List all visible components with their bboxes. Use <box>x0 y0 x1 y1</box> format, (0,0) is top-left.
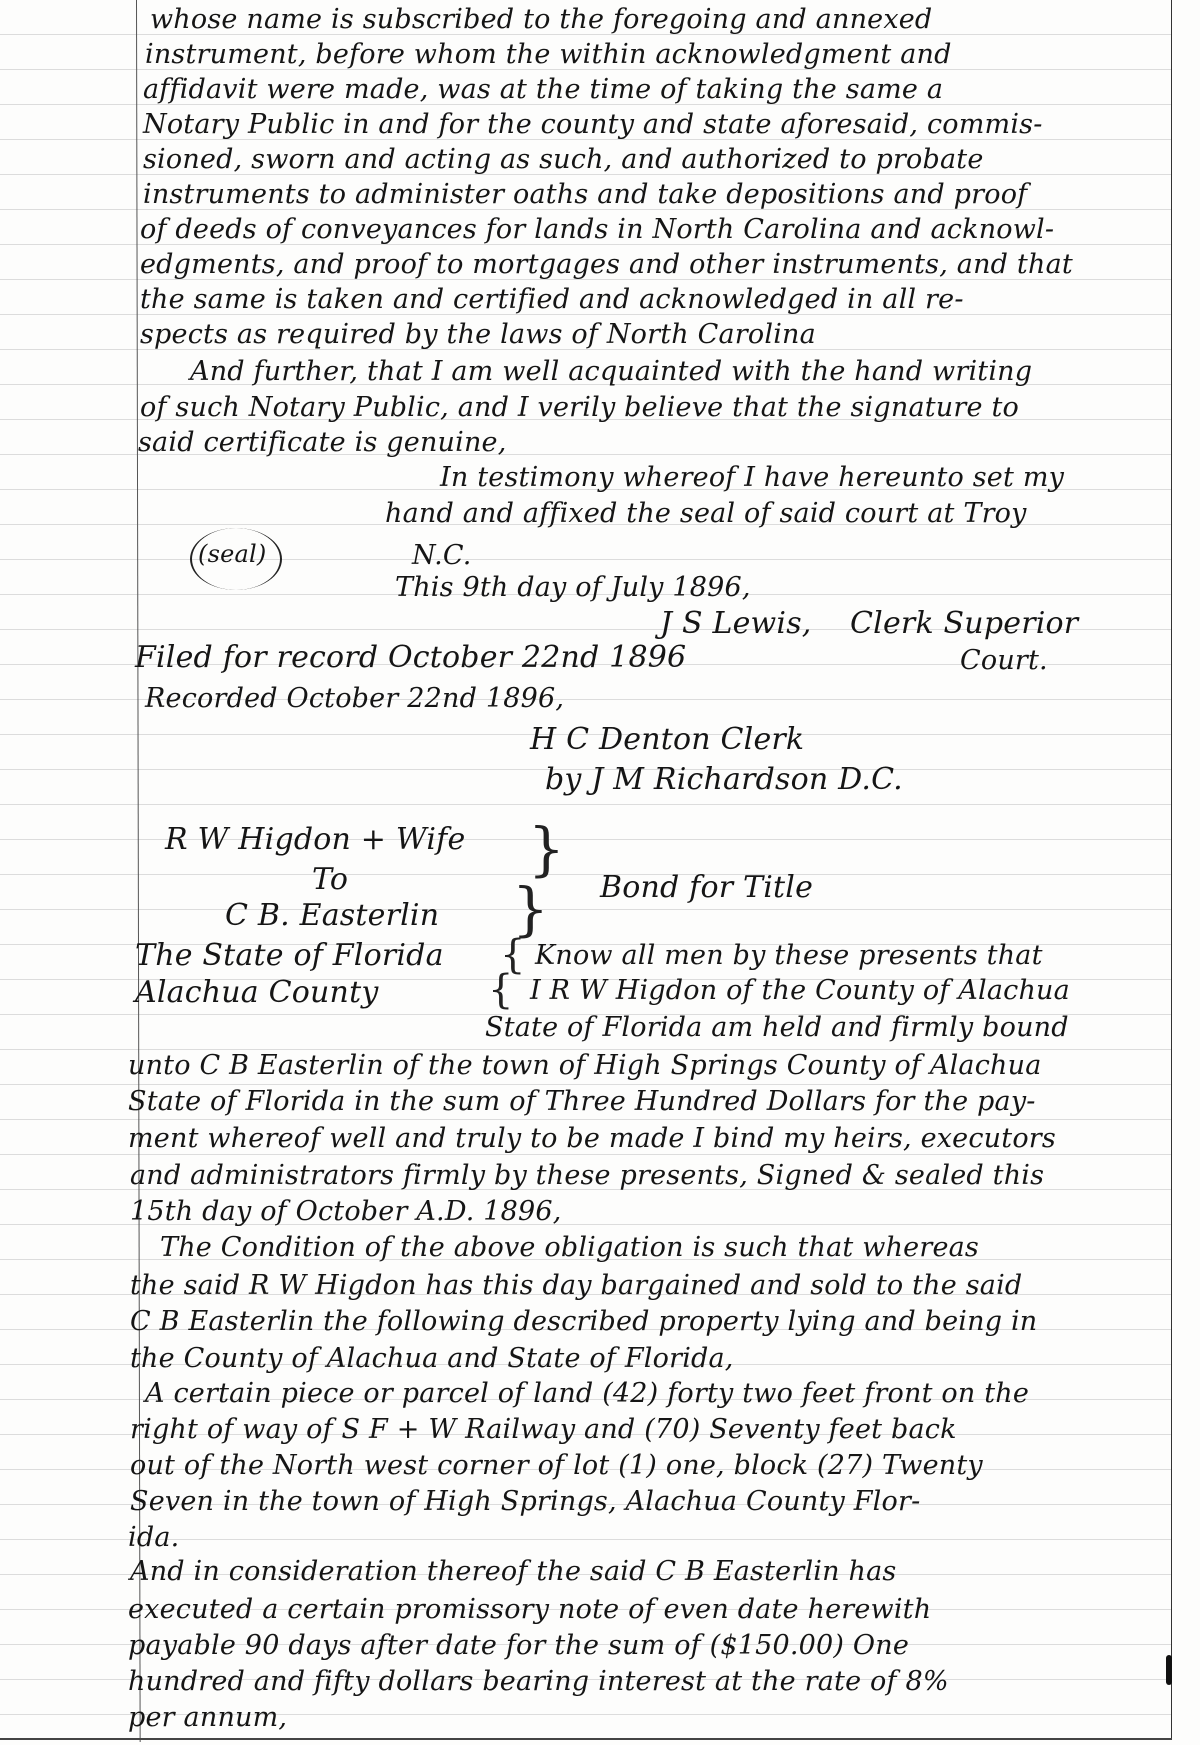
text-line: The Condition of the above obligation is… <box>160 1232 979 1263</box>
filed-for-record: Filed for record October 22nd 1896 <box>135 640 686 675</box>
clerk-name: H C Denton Clerk <box>530 722 804 757</box>
signature-name: J S Lewis, <box>660 606 812 641</box>
text-line: ment whereof well and truly to be made I… <box>128 1123 1056 1154</box>
text-line: payable 90 days after date for the sum o… <box>128 1630 909 1661</box>
text-line: And further, that I am well acquainted w… <box>190 356 1032 387</box>
brace: { <box>488 970 513 1010</box>
text-line: unto C B Easterlin of the town of High S… <box>128 1050 1042 1081</box>
text-line: N.C. <box>412 540 472 571</box>
text-line: the County of Alachua and State of Flori… <box>130 1343 734 1374</box>
signature-title-cont: Court. <box>960 645 1048 676</box>
document-page: whose name is subscribed to the foregoin… <box>0 0 1200 1745</box>
binding-mark <box>1166 1655 1172 1685</box>
text-line: per annum, <box>128 1702 287 1733</box>
text-line: instrument, before whom the within ackno… <box>145 39 952 70</box>
text-line: spects as required by the laws of North … <box>140 319 816 350</box>
text-line: Seven in the town of High Springs, Alach… <box>130 1486 920 1517</box>
text-line: ida. <box>128 1522 179 1553</box>
text-line: affidavit were made, was at the time of … <box>143 74 943 105</box>
brace: } <box>528 820 565 878</box>
recorded-date: Recorded October 22nd 1896, <box>145 683 564 714</box>
parties-to: To <box>312 862 348 897</box>
text-line: and administrators firmly by these prese… <box>130 1160 1044 1191</box>
text-line: sioned, sworn and acting as such, and au… <box>143 144 984 175</box>
text-line: out of the North west corner of lot (1) … <box>130 1450 983 1481</box>
text-line: This 9th day of July 1896, <box>395 572 751 603</box>
right-page-border <box>1171 0 1172 1738</box>
text-line: State of Florida am held and firmly boun… <box>485 1012 1069 1043</box>
text-line: the same is taken and certified and ackn… <box>140 284 964 315</box>
brace: } <box>512 880 549 938</box>
text-line: Notary Public in and for the county and … <box>143 109 1043 140</box>
instrument-title: Bond for Title <box>600 870 813 905</box>
text-line: right of way of S F + W Railway and (70)… <box>130 1414 957 1445</box>
text-line: C B Easterlin the following described pr… <box>130 1306 1037 1337</box>
text-line: 15th day of October A.D. 1896, <box>130 1196 562 1227</box>
signature-title: Clerk Superior <box>850 606 1078 641</box>
text-line: of such Notary Public, and I verily beli… <box>140 392 1019 423</box>
text-line: And in consideration thereof the said C … <box>130 1556 896 1587</box>
text-line: I R W Higdon of the County of Alachua <box>530 975 1070 1006</box>
text-line: hand and affixed the seal of said court … <box>385 498 1027 529</box>
text-line: the said R W Higdon has this day bargain… <box>130 1270 1022 1301</box>
text-line: whose name is subscribed to the foregoin… <box>150 4 932 35</box>
text-line: State of Florida in the sum of Three Hun… <box>128 1086 1036 1117</box>
seal-label: (seal) <box>198 540 266 568</box>
text-line: of deeds of conveyances for lands in Nor… <box>140 214 1054 245</box>
bottom-page-border <box>0 1738 1172 1740</box>
text-line: Know all men by these presents that <box>535 940 1043 971</box>
text-line: said certificate is genuine, <box>138 427 507 458</box>
text-line: In testimony whereof I have hereunto set… <box>440 462 1064 493</box>
venue-county: Alachua County <box>135 975 378 1010</box>
text-line: executed a certain promissory note of ev… <box>128 1594 931 1625</box>
grantor-name: R W Higdon + Wife <box>165 822 465 857</box>
text-line: hundred and fifty dollars bearing intere… <box>128 1666 949 1697</box>
text-line: edgments, and proof to mortgages and oth… <box>140 249 1073 280</box>
deputy-clerk: by J M Richardson D.C. <box>545 762 903 797</box>
text-line: instruments to administer oaths and take… <box>143 179 1027 210</box>
venue-state: The State of Florida <box>135 938 444 973</box>
grantee-name: C B. Easterlin <box>225 898 439 933</box>
text-line: A certain piece or parcel of land (42) f… <box>145 1378 1029 1409</box>
